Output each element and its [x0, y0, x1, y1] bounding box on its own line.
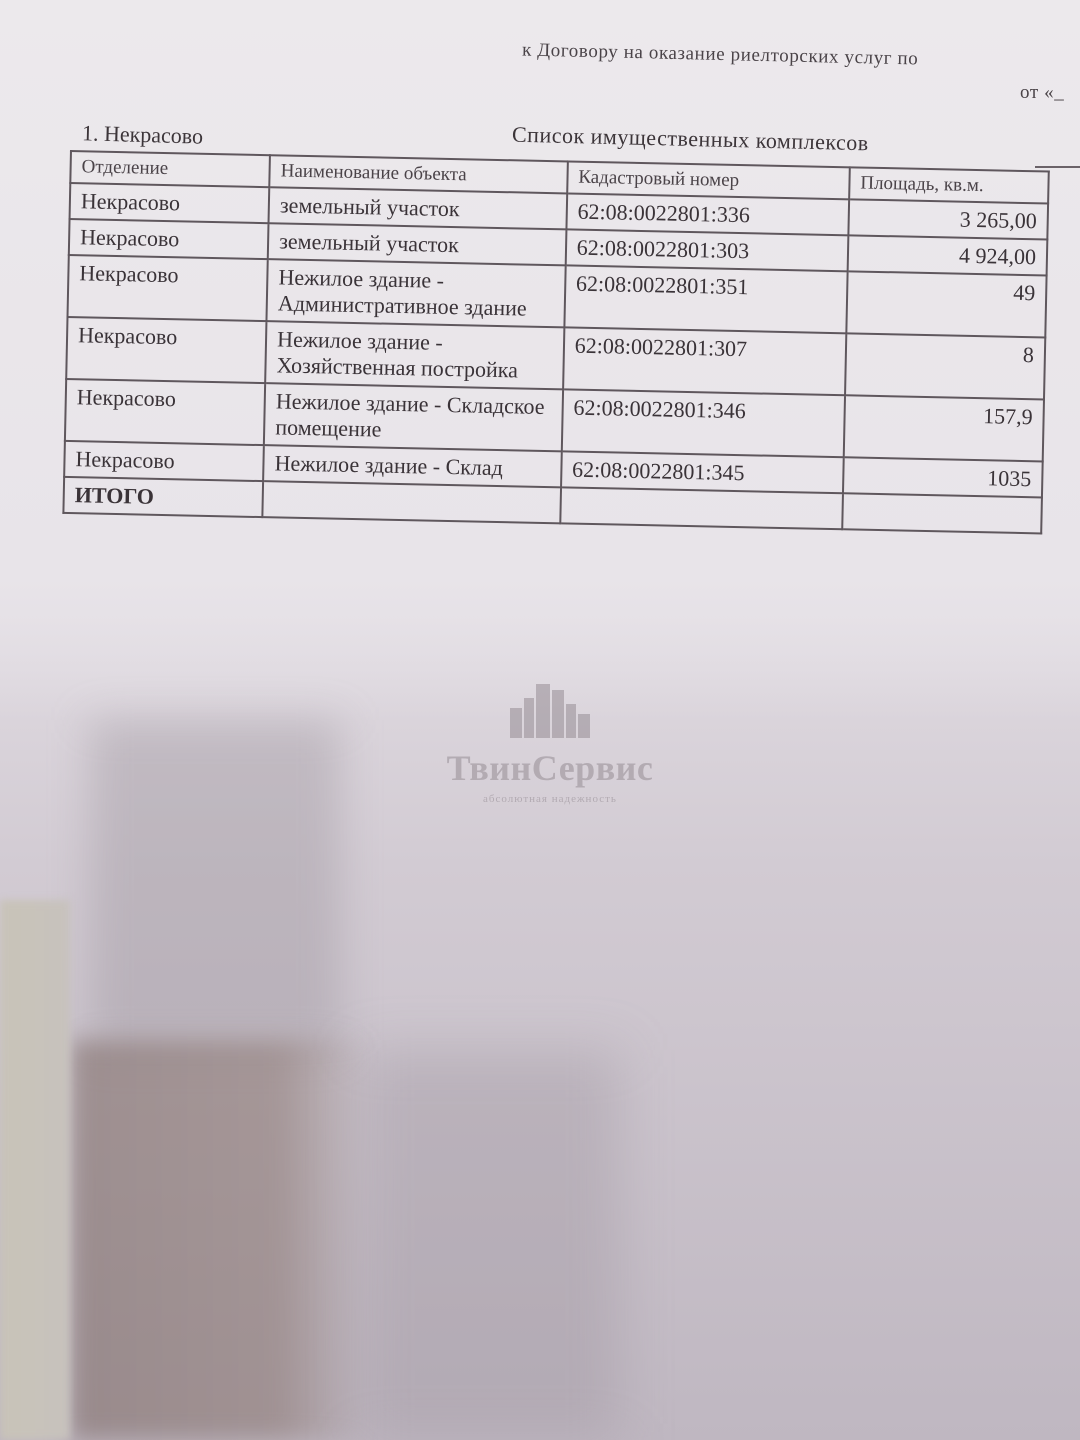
object-name-cell: Нежилое здание - Хозяйственная постройка	[265, 321, 564, 389]
object-name-cell: земельный участок	[268, 223, 566, 265]
object-name-cell: Нежилое здание - Склад	[263, 445, 561, 487]
area-cell: 49	[846, 271, 1046, 337]
contract-date: от «_	[1020, 82, 1064, 104]
area-cell: 4 924,00	[847, 235, 1047, 275]
table-cell	[560, 487, 843, 529]
watermark: ТвинСервис абсолютная надежность	[430, 680, 670, 805]
cadastral-number-cell: 62:08:0022801:303	[565, 229, 848, 271]
area-cell: 1035	[843, 457, 1043, 497]
branch-cell: Некрасово	[66, 317, 266, 383]
column-header: Площадь, кв.м.	[849, 167, 1049, 203]
cadastral-number-cell: 62:08:0022801:345	[561, 451, 844, 493]
branch-cell: Некрасово	[69, 219, 269, 259]
object-name-cell: земельный участок	[269, 187, 567, 229]
watermark-tagline: абсолютная надежность	[430, 793, 670, 805]
cadastral-number-cell: 62:08:0022801:336	[566, 193, 849, 235]
branch-cell: Некрасово	[68, 255, 268, 321]
paper-edge	[0, 900, 70, 1440]
area-cell: 3 265,00	[848, 199, 1048, 239]
table-cell	[842, 493, 1042, 533]
divider	[1035, 166, 1080, 168]
section-title: 1. Некрасово	[82, 120, 204, 149]
area-cell: 8	[845, 333, 1045, 399]
area-cell: 157,9	[844, 395, 1044, 461]
column-header: Отделение	[70, 151, 270, 187]
branch-cell: Некрасово	[70, 183, 270, 223]
shadow	[90, 720, 340, 1050]
total-label: ИТОГО	[63, 477, 263, 517]
object-name-cell: Нежилое здание - Административное здание	[267, 259, 566, 327]
property-table: Отделение Наименование объекта Кадастров…	[62, 150, 1049, 534]
table-cell	[262, 481, 560, 523]
branch-cell: Некрасово	[64, 441, 264, 481]
object-name-cell: Нежилое здание - Складское помещение	[264, 383, 563, 451]
watermark-name: ТвинСервис	[430, 747, 670, 789]
branch-cell: Некрасово	[65, 379, 265, 445]
city-buildings-icon	[500, 680, 600, 740]
shadow	[360, 1050, 620, 1440]
cadastral-number-cell: 62:08:0022801:346	[562, 389, 845, 457]
cadastral-number-cell: 62:08:0022801:351	[564, 265, 847, 333]
cadastral-number-cell: 62:08:0022801:307	[563, 327, 846, 395]
shadow	[70, 1040, 370, 1440]
